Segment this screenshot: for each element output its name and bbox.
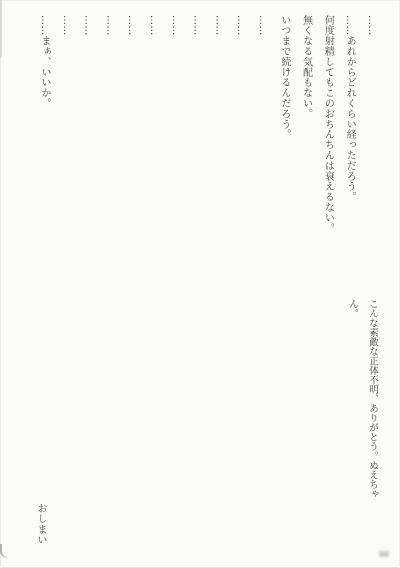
scan-edge-top	[0, 0, 400, 1]
monologue-line: ……	[164, 15, 186, 241]
monologue-line: 無くなる気配もない。	[295, 15, 317, 241]
end-mark-label: おしまい	[33, 503, 48, 561]
monologue-line: ……	[120, 15, 142, 241]
monologue-line: ……まぁ、いいか。	[33, 15, 55, 241]
closing-line: こんな素敵な正体不明、ありがとう。ぬえちゃん。	[342, 299, 382, 511]
monologue-line: ……あれからどれくらい経っただろう。	[338, 15, 360, 241]
page-number-mark	[379, 551, 389, 557]
monologue-line: 何度射精してもこのおちんちんは衰えるない。	[317, 15, 339, 241]
monologue-line: ……	[360, 15, 382, 241]
closing-line-block: こんな素敵な正体不明、ありがとう。ぬえちゃん。	[342, 299, 382, 511]
scan-streak-artifact	[0, 0, 2, 58]
monologue-line: いつまで続けるんだろう。	[273, 15, 295, 241]
monologue-line: ……	[229, 15, 251, 241]
monologue-line: ……	[251, 15, 273, 241]
scan-squiggle-artifact	[0, 544, 7, 558]
monologue-line: ……	[55, 15, 77, 241]
scan-edge-left	[0, 0, 1, 568]
monologue-block: …………あれからどれくらい経っただろう。何度射精してもこのおちんちんは衰えるない…	[33, 15, 382, 241]
monologue-line: ……	[208, 15, 230, 241]
monologue-line: ……	[99, 15, 121, 241]
monologue-line: ……	[186, 15, 208, 241]
scanned-doujin-page: …………あれからどれくらい経っただろう。何度射精してもこのおちんちんは衰えるない…	[0, 0, 400, 568]
monologue-line: ……	[77, 15, 99, 241]
monologue-line: ……	[142, 15, 164, 241]
end-mark-block: おしまい	[33, 503, 48, 561]
